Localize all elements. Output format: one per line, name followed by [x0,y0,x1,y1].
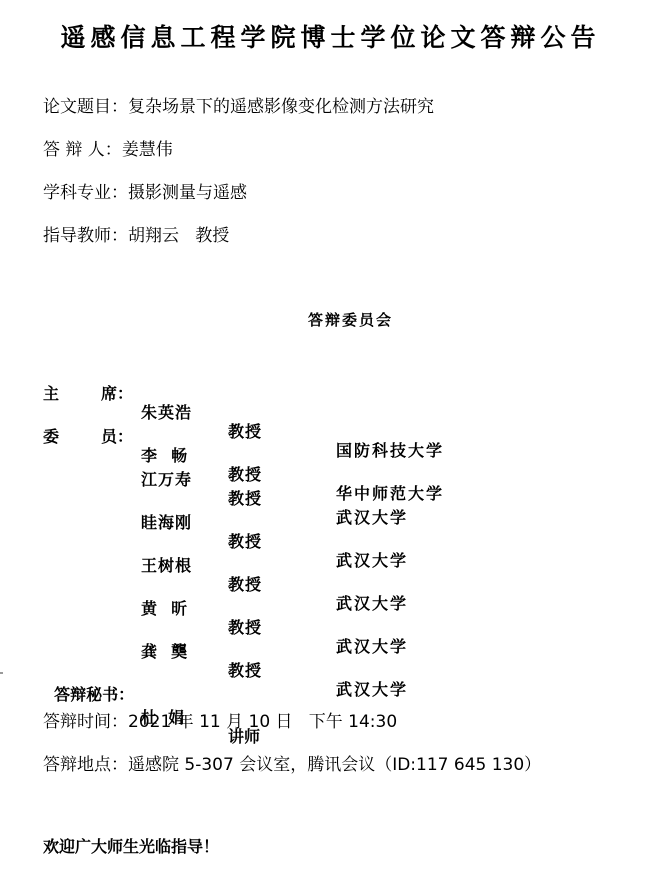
defense-location-line: 答辩地点：遥感院 5-307 会议室，腾讯会议（ID:117 645 130） [43,750,541,775]
supervisor-line: 指导教师：胡翔云 教授 [43,221,229,246]
member-name: 龚 龑 [141,639,188,662]
defense-time-line: 答辩时间：2021 年 11 月 10 日 下午 14:30 [43,707,397,732]
member-rank: 教授 [228,615,262,638]
committee-heading: 答辩委员会 [0,309,661,330]
member-rank: 教授 [228,658,262,681]
committee-row: 龚 龑 教授 武汉大学 [0,620,11,642]
committee-row: 眭海刚 教授 武汉大学 [0,491,11,513]
candidate-label: 答 辩 人： [43,140,122,160]
thesis-title-label: 论文题目： [43,97,128,117]
member-org: 华中师范大学 [336,481,444,504]
member-name: 眭海刚 [141,510,192,533]
defense-location-value: 遥感院 5-307 会议室，腾讯会议（ID:117 645 130） [128,755,541,775]
member-rank: 教授 [228,572,262,595]
candidate-line: 答 辩 人：姜慧伟 [43,135,173,160]
supervisor-label: 指导教师： [43,226,128,246]
candidate-value: 姜慧伟 [122,140,173,160]
member-org: 武汉大学 [336,634,408,657]
major-label: 学科专业： [43,183,128,203]
member-rank: 教授 [228,486,262,509]
member-rank: 教授 [228,462,262,485]
thesis-title-value: 复杂场景下的遥感影像变化检测方法研究 [128,97,434,117]
member-name: 朱英浩 [141,400,192,423]
committee-row: 委员： 李 畅 教授 华中师范大学 [0,405,11,427]
member-org: 武汉大学 [336,505,408,528]
supervisor-value: 胡翔云 教授 [128,226,229,246]
member-name: 王树根 [141,553,192,576]
major-line: 学科专业：摄影测量与遥感 [43,178,247,203]
member-name: 江万寿 [141,467,192,490]
member-name: 李 畅 [141,443,188,466]
member-name: 黄 昕 [141,596,188,619]
committee-row: 黄 昕 教授 武汉大学 [0,577,11,599]
committee-row: 江万寿 教授 武汉大学 [0,448,11,470]
defense-location-label: 答辩地点： [43,755,128,775]
member-rank: 教授 [228,529,262,552]
committee-row: 王树根 教授 武汉大学 [0,534,11,556]
major-value: 摄影测量与遥感 [128,183,247,203]
document-title: 遥感信息工程学院博士学位论文答辩公告 [0,18,661,54]
thesis-title-line: 论文题目：复杂场景下的遥感影像变化检测方法研究 [43,92,434,117]
member-org: 武汉大学 [336,591,408,614]
member-org: 武汉大学 [336,677,408,700]
committee-row-chair: 主席： 朱英浩 教授 国防科技大学 [0,362,11,384]
edge-mark [0,672,3,674]
member-org: 国防科技大学 [336,438,444,461]
member-org: 武汉大学 [336,548,408,571]
secretary-label: 答辩秘书： [54,685,134,704]
defense-time-value: 2021 年 11 月 10 日 下午 14:30 [128,712,397,732]
member-rank: 教授 [228,419,262,442]
defense-time-label: 答辩时间： [43,712,128,732]
welcome-message: 欢迎广大师生光临指导！ [43,834,219,857]
